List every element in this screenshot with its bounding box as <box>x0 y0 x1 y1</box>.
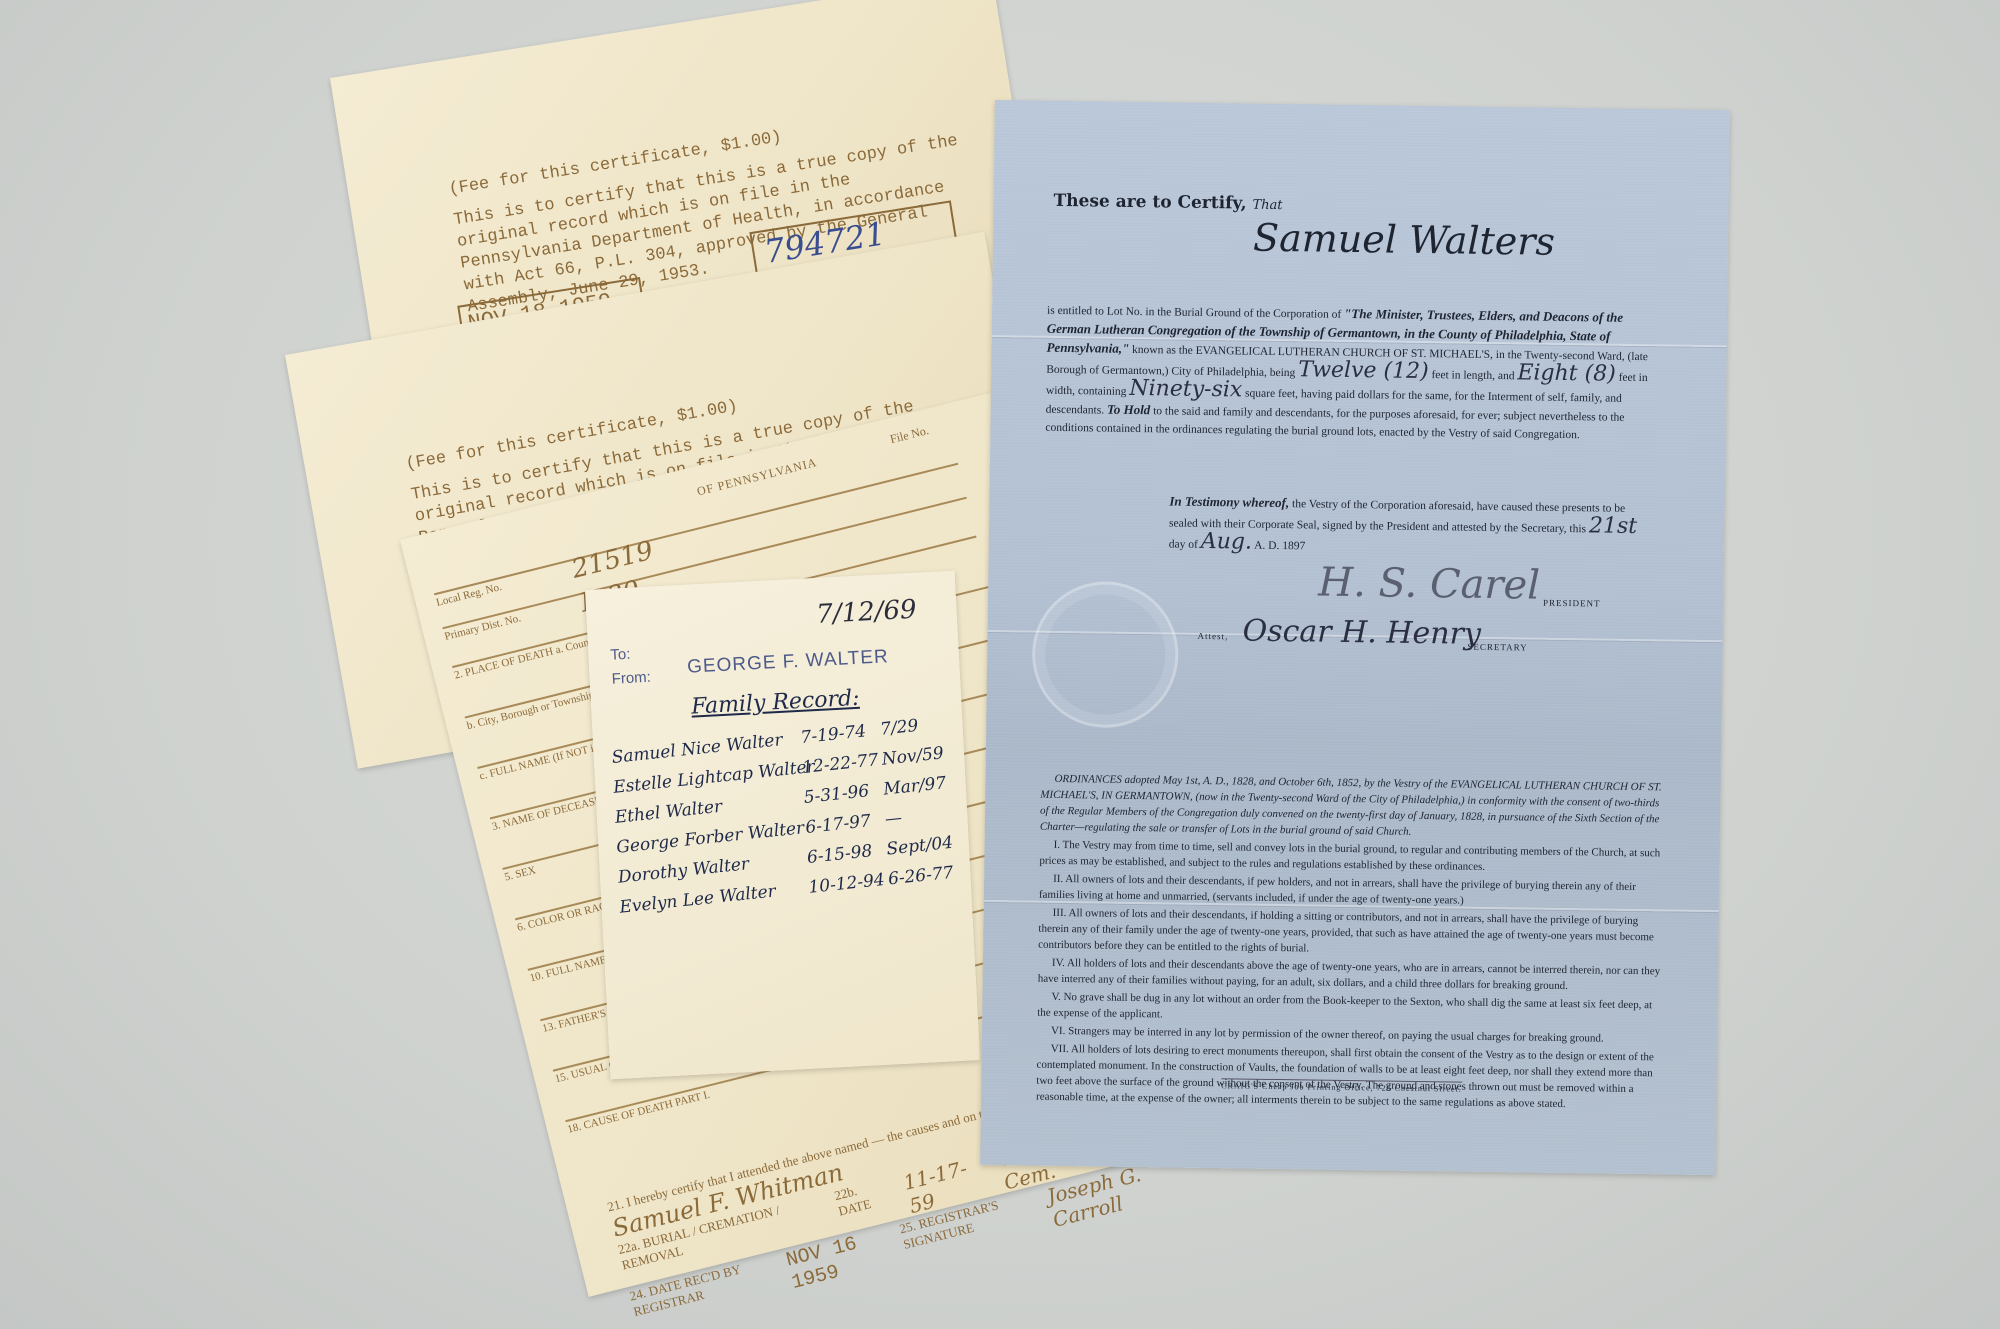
ordinance-item: III. All owners of lots and their descen… <box>1038 905 1669 962</box>
president-signature: H. S. Carel <box>1318 560 1540 609</box>
local-reg-label: Local Reg. No. <box>435 581 503 609</box>
ordinance-list: I. The Vestry may from time to time, sel… <box>1036 837 1670 1114</box>
deed-to-hold: To Hold <box>1107 402 1150 418</box>
deed-heading-text: These are to Certify, <box>1053 191 1246 214</box>
ordinances: ORDINANCES adopted May 1st, A. D., 1828,… <box>1036 771 1671 1116</box>
deed-paragraph-1: is entitled to Lot No. in the Burial Gro… <box>1045 301 1657 446</box>
note-from-label: From: <box>611 669 651 688</box>
note-to-label: To: <box>610 646 631 664</box>
attest-label: Attest, <box>1197 631 1228 641</box>
burial-lot-deed: These are to Certify, That Samuel Walter… <box>980 100 1730 1175</box>
deed-testimony: In Testimony whereof, the Vestry of the … <box>1169 492 1650 560</box>
deed-testimony-label: In Testimony whereof, <box>1169 493 1289 510</box>
secretary-signature: Oscar H. Henry <box>1242 614 1481 652</box>
deed-width: Eight (8) <box>1517 360 1616 386</box>
deed-heading: These are to Certify, That <box>1053 191 1282 214</box>
deed-heading-that: That <box>1252 198 1282 213</box>
deed-holder-name: Samuel Walters <box>1253 216 1555 264</box>
field-label: 5. SEX <box>503 864 537 883</box>
deed-year: A. D. 1897 <box>1254 540 1305 553</box>
deed-length: Twelve (12) <box>1298 357 1429 384</box>
note-date: 7/12/69 <box>816 595 918 630</box>
deed-month: Aug. <box>1201 529 1252 555</box>
note-from-name: GEORGE F. WALTER <box>687 646 890 679</box>
death-certificate-header: OF PENNSYLVANIA <box>695 455 818 499</box>
president-label: PRESIDENT <box>1543 598 1601 609</box>
field-label: b. City, Borough or Township <box>466 689 596 732</box>
field-label: 6. COLOR OR RACE <box>516 899 614 934</box>
file-number-label: File No. <box>889 423 931 447</box>
field-label: 18. CAUSE OF DEATH PART I. <box>566 1089 711 1136</box>
deed-day-of: day of <box>1169 538 1198 550</box>
embossed-seal-icon <box>1031 581 1179 729</box>
deed-area: Ninety-six <box>1129 376 1242 403</box>
secretary-label: SECRETARY <box>1467 642 1527 653</box>
deed-lot-text: is entitled to Lot No. in the Burial Gro… <box>1047 305 1341 321</box>
ordinances-title: ORDINANCES adopted May 1st, A. D., 1828,… <box>1040 771 1671 844</box>
deed-length-text: feet in length, and <box>1431 369 1514 382</box>
family-entries: Samuel Nice Walter7-19-747/29Estelle Lig… <box>611 721 970 919</box>
primary-dist-label: Primary Dist. No. <box>443 612 522 643</box>
ordinance-item: VII. All holders of lots desiring to ere… <box>1036 1041 1667 1114</box>
family-record-note: 7/12/69 To: From: GEORGE F. WALTER Famil… <box>585 571 980 1080</box>
deed-day: 21st <box>1589 513 1637 539</box>
field-label: 2. PLACE OF DEATH a. County <box>453 634 599 681</box>
note-heading: Family Record: <box>691 686 860 720</box>
